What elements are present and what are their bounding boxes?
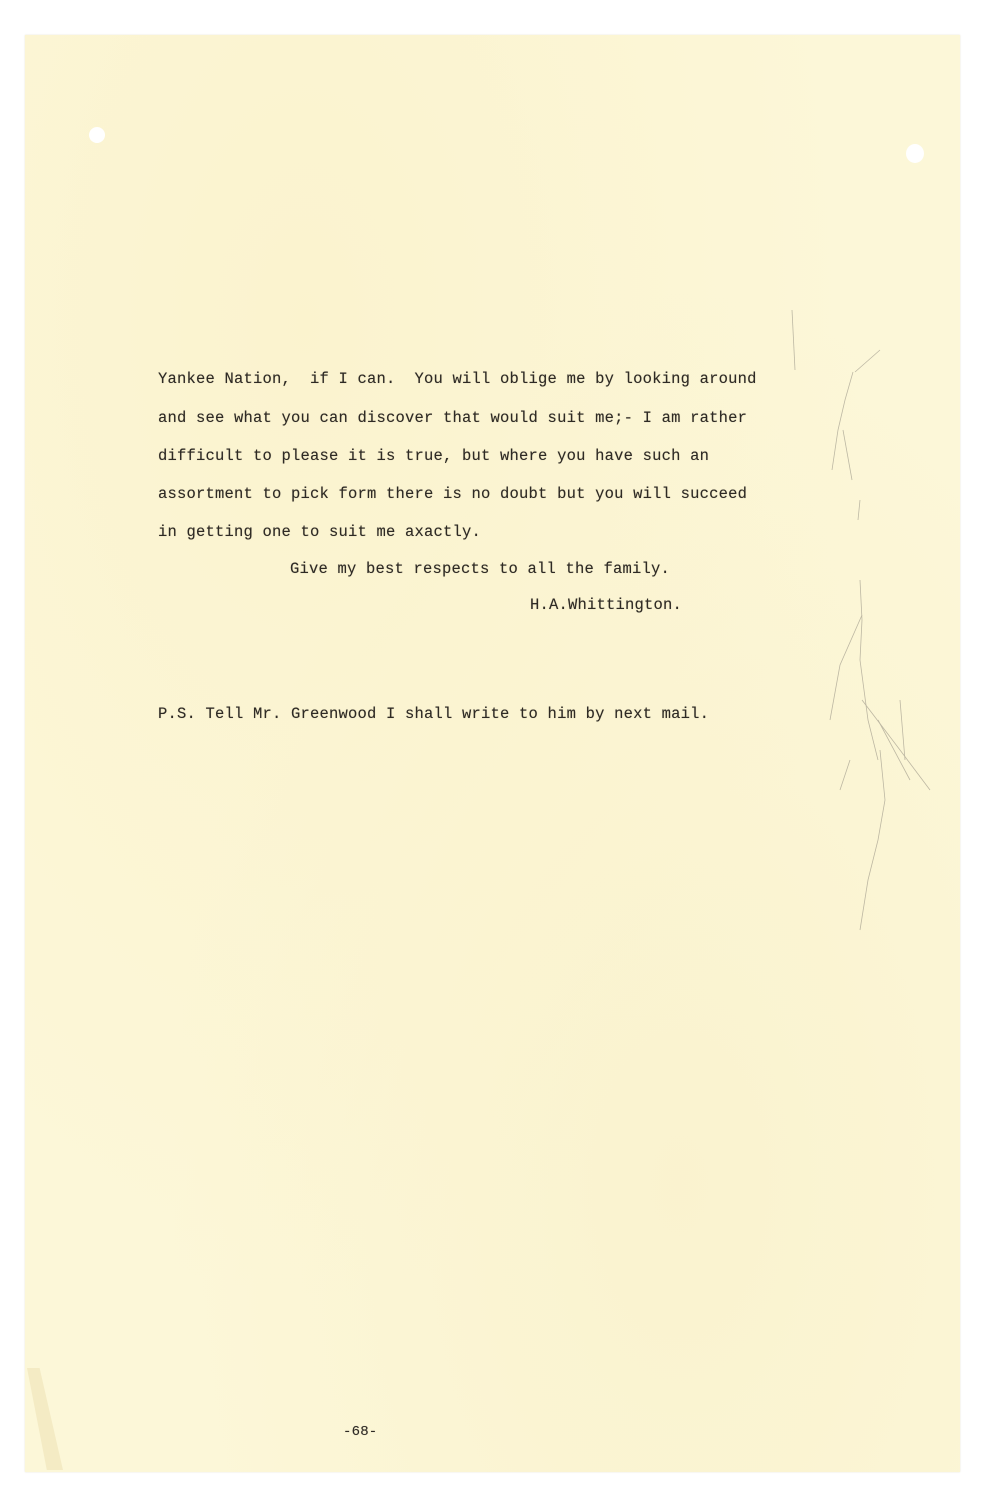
page-number: -68- [343, 1424, 377, 1440]
body-line-2: and see what you can discover that would… [158, 409, 747, 427]
postscript: P.S. Tell Mr. Greenwood I shall write to… [158, 705, 709, 723]
closing-line: Give my best respects to all the family. [290, 560, 670, 578]
body-line-4: assortment to pick form there is no doub… [158, 485, 747, 503]
body-line-5: in getting one to suit me axactly. [158, 523, 481, 541]
body-line-1: Yankee Nation, if I can. You will oblige… [158, 370, 757, 388]
punch-hole-left [89, 127, 105, 143]
punch-hole-right [906, 144, 924, 163]
body-line-3: difficult to please it is true, but wher… [158, 447, 709, 465]
signature: H.A.Whittington. [530, 596, 682, 614]
document-page [25, 35, 960, 1472]
